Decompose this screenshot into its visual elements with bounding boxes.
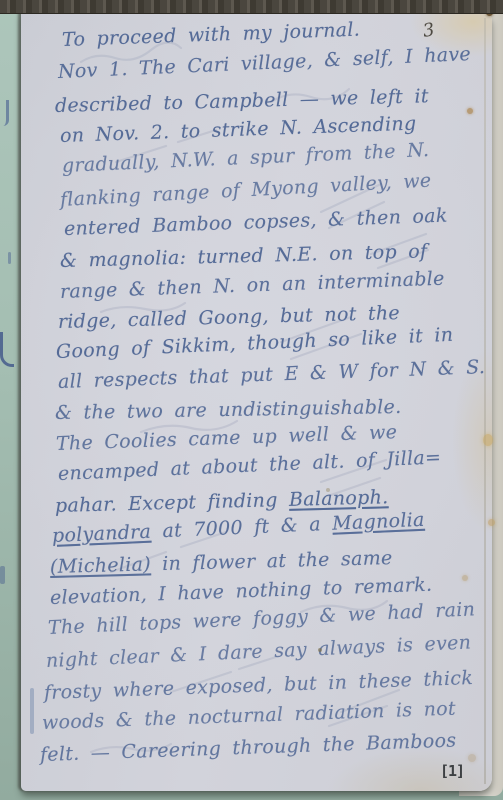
fox-spot [318, 648, 322, 652]
journal-line: flanking range of Myong valley, we [59, 170, 431, 211]
fox-spot [467, 108, 473, 114]
journal-line: & magnolia: turned N.E. on top of [60, 240, 428, 272]
ink-smudge [0, 100, 9, 126]
journal-line: range & then N. on an interminable [60, 268, 445, 303]
journal-page: 3 To proceed with my journal.Nov 1. The … [21, 11, 492, 791]
journal-line: all respects that put E & W for N & S. [58, 356, 486, 393]
fox-spot [462, 575, 468, 581]
journal-line: woods & the nocturnal radiation is not [42, 698, 457, 734]
scanned-journal-photo: 3 To proceed with my journal.Nov 1. The … [0, 0, 503, 800]
page-block-top-edge [0, 0, 503, 14]
fox-spot [488, 519, 495, 526]
ink-smudge [8, 252, 11, 264]
journal-line: & the two are undistinguishable. [55, 396, 402, 424]
ink-smudge [0, 332, 14, 367]
journal-line: night clear & I dare say always is even [46, 631, 472, 672]
folio-number: [1] [440, 762, 464, 780]
journal-line: entered Bamboo copses, & then oak [64, 205, 448, 240]
fox-spot [468, 754, 476, 762]
ink-smudge [0, 566, 5, 584]
journal-line: To proceed with my journal. [62, 19, 361, 51]
journal-text: To proceed with my journal.Nov 1. The Ca… [21, 14, 492, 791]
journal-line: described to Campbell — we left it [55, 85, 429, 117]
ink-smudge [30, 688, 34, 734]
journal-line: (Michelia) in flower at the same [50, 547, 393, 578]
journal-line: felt. — Careering through the Bamboos [40, 729, 457, 766]
fox-spot [326, 488, 330, 492]
fox-spot [483, 434, 493, 446]
